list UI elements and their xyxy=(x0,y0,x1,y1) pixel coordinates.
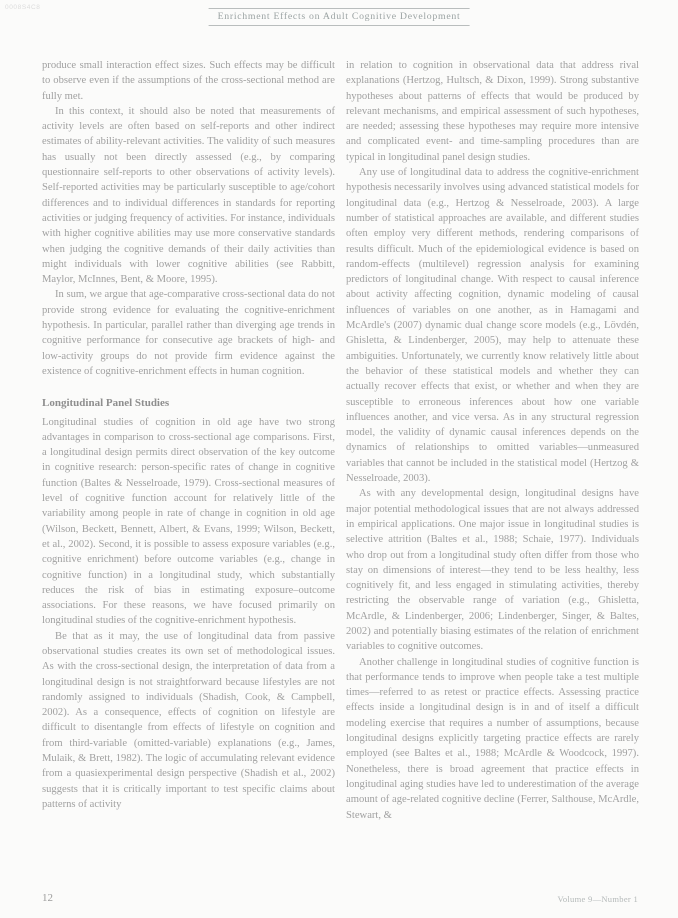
journal-page: 0008S4C8 Enrichment Effects on Adult Cog… xyxy=(0,0,678,918)
paragraph: In sum, we argue that age-comparative cr… xyxy=(42,287,335,379)
page-number: 12 xyxy=(42,892,53,904)
paragraph: Longitudinal studies of cognition in old… xyxy=(42,415,335,629)
running-head: Enrichment Effects on Adult Cognitive De… xyxy=(209,8,470,26)
paragraph: Be that as it may, the use of longitudin… xyxy=(42,629,335,813)
paragraph: produce small interaction effect sizes. … xyxy=(42,58,335,104)
right-column: in relation to cognition in observationa… xyxy=(346,58,639,823)
paragraph: In this context, it should also be noted… xyxy=(42,104,335,288)
left-column: produce small interaction effect sizes. … xyxy=(42,58,335,812)
paragraph: Another challenge in longitudinal studie… xyxy=(346,655,639,823)
running-head-text: Enrichment Effects on Adult Cognitive De… xyxy=(218,11,461,22)
volume-number: Volume 9—Number 1 xyxy=(558,894,639,904)
paragraph: Any use of longitudinal data to address … xyxy=(346,165,639,486)
section-heading-longitudinal-panel-studies: Longitudinal Panel Studies xyxy=(42,396,335,411)
paragraph: in relation to cognition in observationa… xyxy=(346,58,639,165)
scan-watermark: 0008S4C8 xyxy=(5,4,41,11)
paragraph: As with any developmental design, longit… xyxy=(346,486,639,654)
